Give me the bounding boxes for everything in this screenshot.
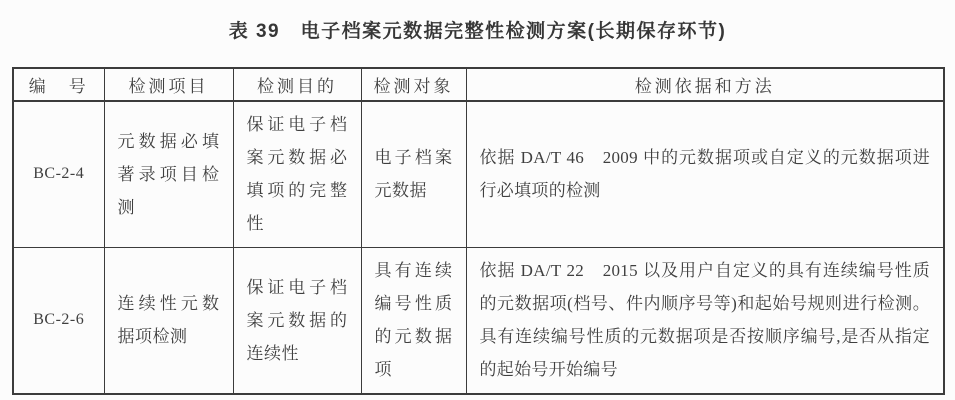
table-row: BC-2-6 连续性元数据项检测 保证电子档案元数据的连续性 具有连续编号性质的… [13,247,944,394]
table-row: BC-2-4 元数据必填著录项目检测 保证电子档案元数据必填项的完整性 电子档案… [13,101,944,247]
cell-method: 依据 DA/T 22 2015 以及用户自定义的具有连续编号性质的元数据项(档号… [466,247,944,394]
cell-method: 依据 DA/T 46 2009 中的元数据项或自定义的元数据项进行必填项的检测 [466,101,944,247]
header-cell-method: 检测依据和方法 [466,68,944,101]
cell-item: 元数据必填著录项目检测 [104,101,233,247]
cell-item: 连续性元数据项检测 [104,247,233,394]
header-cell-target: 检测对象 [361,68,466,101]
cell-target: 电子档案元数据 [361,101,466,247]
header-cell-purpose: 检测目的 [233,68,361,101]
header-cell-id: 编 号 [13,68,104,101]
header-row: 编 号 检测项目 检测目的 检测对象 检测依据和方法 [13,68,944,101]
cell-purpose: 保证电子档案元数据必填项的完整性 [233,101,361,247]
cell-purpose: 保证电子档案元数据的连续性 [233,247,361,394]
cell-target: 具有连续编号性质的元数据项 [361,247,466,394]
cell-id: BC-2-6 [13,247,104,394]
cell-id: BC-2-4 [13,101,104,247]
doc-title: 表 39 电子档案元数据完整性检测方案(长期保存环节) [0,16,955,43]
detection-table: 编 号 检测项目 检测目的 检测对象 检测依据和方法 BC-2-4 元数据必填著… [12,67,945,395]
header-cell-item: 检测项目 [104,68,233,101]
